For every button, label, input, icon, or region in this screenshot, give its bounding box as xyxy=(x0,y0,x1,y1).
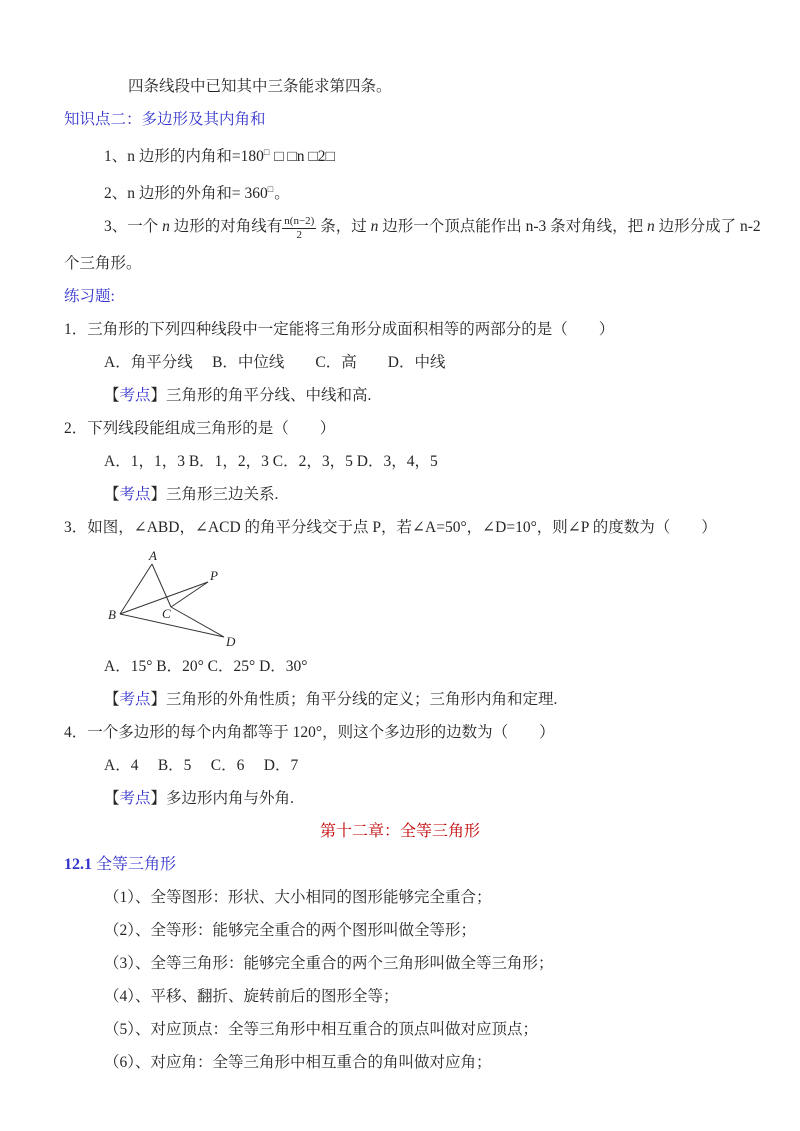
question-4-kaodian-text: 多边形内角与外角. xyxy=(166,790,294,807)
kaodian-bracket-open: 【 xyxy=(104,691,120,708)
question-4-options: A．4 B．5 C．6 D．7 xyxy=(64,755,736,776)
question-4-options-text: A．4 B．5 C．6 D．7 xyxy=(104,757,298,774)
knowledge-point-2-title: 多边形及其内角和 xyxy=(142,111,266,128)
vertex-label-a: A xyxy=(148,550,157,563)
question-1-options: A．角平分线 B．中位线 C．高 D．中线 xyxy=(64,352,736,373)
kaodian-word: 考点 xyxy=(120,691,151,708)
question-3: 3．如图，∠ABD，∠ACD 的角平分线交于点 P，若∠A=50°，∠D=10°… xyxy=(64,517,736,538)
kaodian-word: 考点 xyxy=(120,486,151,503)
kaodian-bracket-close: 】 xyxy=(151,486,167,503)
question-3-text: 3．如图，∠ABD，∠ACD 的角平分线交于点 P，若∠A=50°，∠D=10°… xyxy=(64,519,717,536)
question-2: 2．下列线段能组成三角形的是（ ） xyxy=(64,418,736,439)
item2-tail: 。 xyxy=(274,185,290,202)
question-2-kaodian-text: 三角形三边关系. xyxy=(166,486,278,503)
question-1-kaodian: 【考点】三角形的角平分线、中线和高. xyxy=(64,385,736,406)
kaodian-bracket-open: 【 xyxy=(104,790,120,807)
definition-6-text: （6）、对应角：全等三角形中相互重合的角叫做对应角； xyxy=(104,1054,492,1071)
kaodian-bracket-close: 】 xyxy=(151,790,167,807)
fraction-numerator: n(n−2) xyxy=(282,216,316,229)
section-number: 12.1 xyxy=(64,856,92,873)
vertex-label-c: C xyxy=(162,606,171,621)
kaodian-word: 考点 xyxy=(120,790,151,807)
practice-label: 练习题: xyxy=(64,288,115,305)
question-3-options-text: A．15° B．20° C．25° D．30° xyxy=(104,658,307,675)
definition-item-5: （5）、对应顶点：全等三角形中相互重合的顶点叫做对应顶点； xyxy=(64,1019,736,1040)
intro-text: 四条线段中已知其中三条能求第四条。 xyxy=(128,78,392,95)
item3-var-n: n xyxy=(162,218,170,235)
triangle-diagram: A B C D P xyxy=(100,550,250,650)
item3-continuation: 个三角形。 xyxy=(64,255,142,272)
question-1: 1．三角形的下列四种线段中一定能将三角形分成面积相等的两部分的是（ ） xyxy=(64,319,736,340)
definition-5-text: （5）、对应顶点：全等三角形中相互重合的顶点叫做对应顶点； xyxy=(104,1021,538,1038)
kaodian-bracket-open: 【 xyxy=(104,387,120,404)
item3-seg5: 边形分成了 n-2 xyxy=(655,218,761,235)
knowledge-point-2-heading: 知识点二：多边形及其内角和 xyxy=(64,109,736,130)
question-3-kaodian-text: 三角形的外角性质；角平分线的定义；三角形内角和定理. xyxy=(166,691,557,708)
definition-item-6: （6）、对应角：全等三角形中相互重合的角叫做对应角； xyxy=(64,1052,736,1073)
question-2-kaodian: 【考点】三角形三边关系. xyxy=(64,484,736,505)
item3-seg4: 边形一个顶点能作出 n-3 条对角线，把 xyxy=(378,218,647,235)
chapter-title: 第十二章：全等三角形 xyxy=(64,821,736,842)
definition-3-text: （3）、全等三角形：能够完全重合的两个三角形叫做全等三角形； xyxy=(104,955,554,972)
definition-item-3: （3）、全等三角形：能够完全重合的两个三角形叫做全等三角形； xyxy=(64,953,736,974)
definition-4-text: （4）、平移、翻折、旋转前后的图形全等； xyxy=(104,988,399,1005)
section-heading: 12.1 全等三角形 xyxy=(64,854,736,875)
question-1-kaodian-text: 三角形的角平分线、中线和高. xyxy=(166,387,371,404)
definition-item-4: （4）、平移、翻折、旋转前后的图形全等； xyxy=(64,986,736,1007)
question-4-kaodian: 【考点】多边形内角与外角. xyxy=(64,788,736,809)
diagonal-count-fraction: n(n−2)2 xyxy=(282,216,316,241)
question-2-options: A．1，1，3 B．1，2，3 C．2，3，5 D．3，4，5 xyxy=(64,451,736,472)
interior-angle-sum-item: 1、n 边形的内角和=180□ □ □n □2□ xyxy=(64,142,736,167)
fraction-denominator: 2 xyxy=(282,229,316,241)
question-2-text: 2．下列线段能组成三角形的是（ ） xyxy=(64,420,335,437)
item2-text: 2、n 边形的外角和= 360 xyxy=(104,185,268,202)
angle-bisector-figure: A B C D P xyxy=(100,550,250,650)
question-2-options-text: A．1，1，3 B．1，2，3 C．2，3，5 D．3，4，5 xyxy=(104,453,438,470)
kaodian-bracket-close: 】 xyxy=(151,387,167,404)
document-page: 四条线段中已知其中三条能求第四条。 知识点二：多边形及其内角和 1、n 边形的内… xyxy=(0,0,800,1131)
item3-seg3: 条，过 xyxy=(316,218,370,235)
vertex-label-p: P xyxy=(209,568,218,583)
question-3-options: A．15° B．20° C．25° D．30° xyxy=(64,656,736,677)
question-4-text: 4．一个多边形的每个内角都等于 120°，则这个多边形的边数为（ ） xyxy=(64,724,555,741)
vertex-label-d: D xyxy=(225,634,236,649)
knowledge-point-2-label: 知识点二： xyxy=(64,111,142,128)
section-title: 全等三角形 xyxy=(96,856,176,873)
question-1-options-text: A．角平分线 B．中位线 C．高 D．中线 xyxy=(104,354,445,371)
definition-item-2: （2）、全等形：能够完全重合的两个图形叫做全等形； xyxy=(64,920,736,941)
question-3-kaodian: 【考点】三角形的外角性质；角平分线的定义；三角形内角和定理. xyxy=(64,689,736,710)
kaodian-bracket-close: 】 xyxy=(151,691,167,708)
item3-seg2: 边形的对角线有 xyxy=(170,218,282,235)
item3-seg1: 3、一个 xyxy=(104,218,162,235)
vertex-label-b: B xyxy=(108,607,116,622)
practice-heading: 练习题: xyxy=(64,286,736,307)
item1-tofu-tail: □ □n □2□ xyxy=(270,148,335,165)
item3-var-n: n xyxy=(647,218,655,235)
diagonal-item-continuation: 个三角形。 xyxy=(64,253,736,274)
question-4: 4．一个多边形的每个内角都等于 120°，则这个多边形的边数为（ ） xyxy=(64,722,736,743)
intro-line: 四条线段中已知其中三条能求第四条。 xyxy=(64,76,736,97)
definition-1-text: （1）、全等图形：形状、大小相同的图形能够完全重合； xyxy=(104,889,492,906)
diagonal-count-item: 3、一个 n 边形的对角线有n(n−2)2 条，过 n 边形一个顶点能作出 n-… xyxy=(64,216,736,241)
chapter-title-text: 第十二章：全等三角形 xyxy=(320,823,480,840)
kaodian-word: 考点 xyxy=(120,387,151,404)
item1-text: 1、n 边形的内角和=180 xyxy=(104,148,264,165)
exterior-angle-sum-item: 2、n 边形的外角和= 360□。 xyxy=(64,179,736,204)
kaodian-bracket-open: 【 xyxy=(104,486,120,503)
question-1-text: 1．三角形的下列四种线段中一定能将三角形分成面积相等的两部分的是（ ） xyxy=(64,321,614,338)
definition-item-1: （1）、全等图形：形状、大小相同的图形能够完全重合； xyxy=(64,887,736,908)
definition-2-text: （2）、全等形：能够完全重合的两个图形叫做全等形； xyxy=(104,922,476,939)
